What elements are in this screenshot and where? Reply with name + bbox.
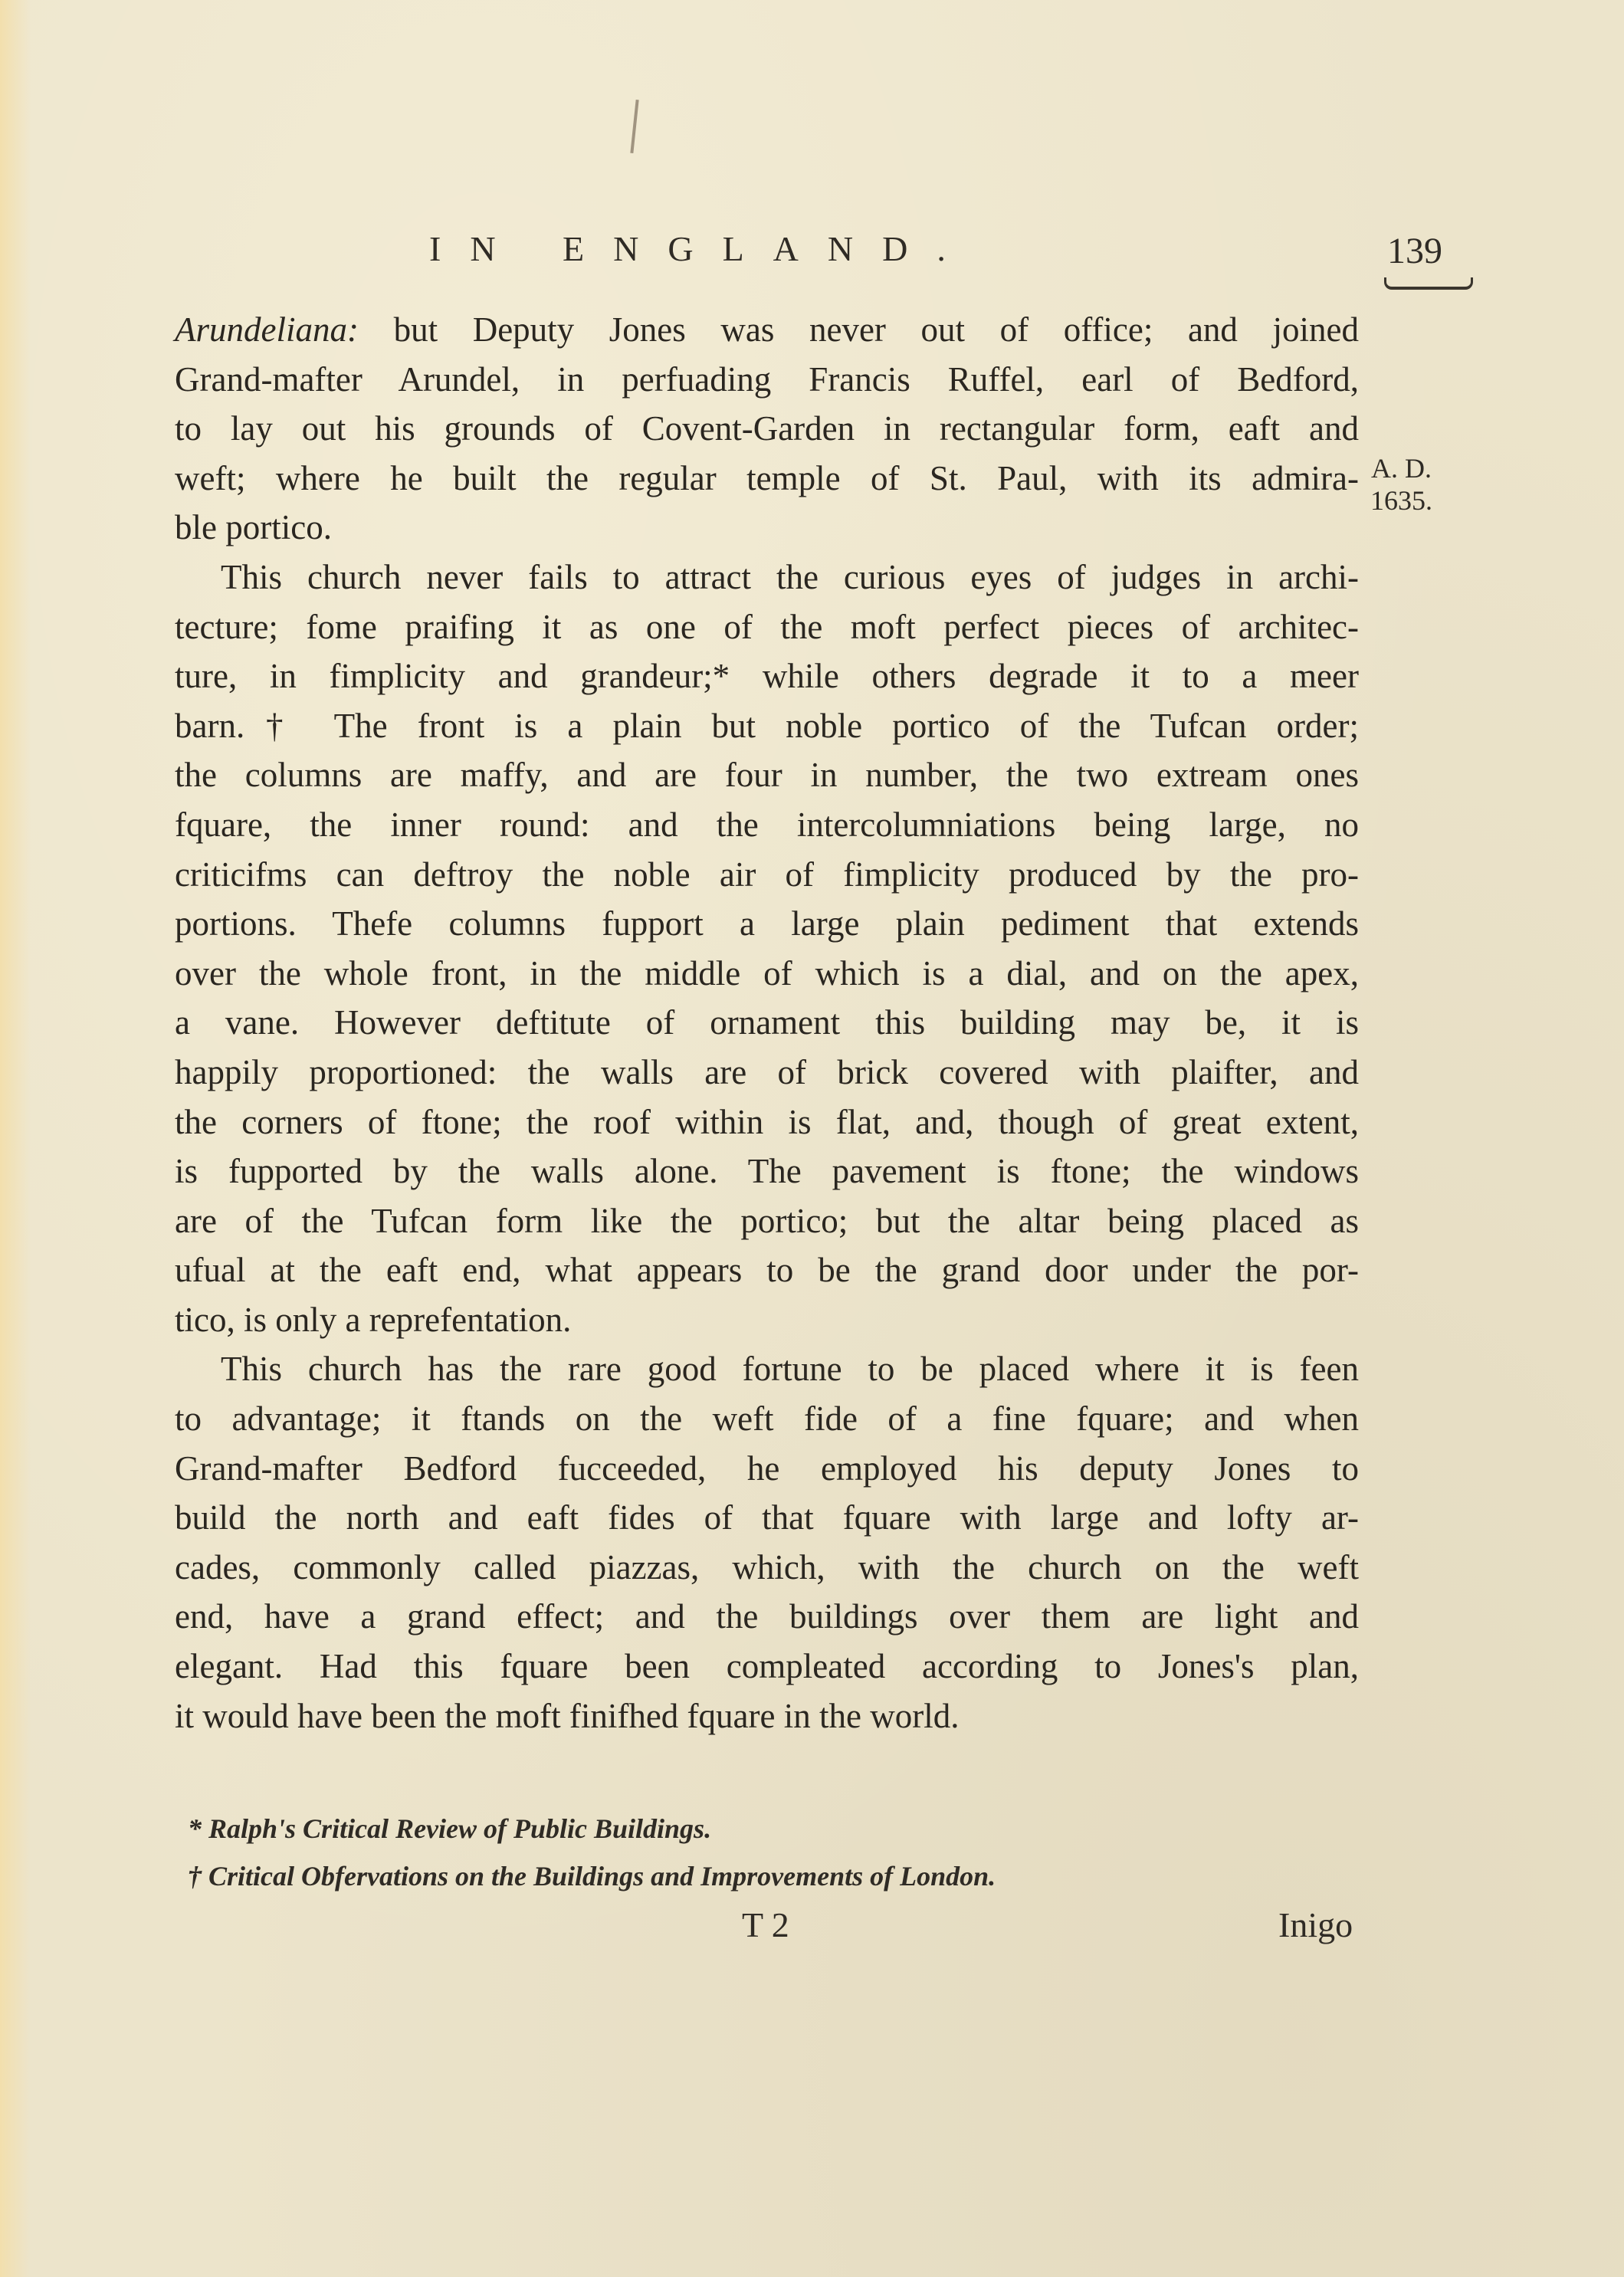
text-line: Arundeliana: but Deputy Jones was never … — [175, 305, 1359, 355]
text-line: it would have been the moft finifhed fqu… — [175, 1691, 1359, 1741]
catchword: Inigo — [1278, 1905, 1353, 1945]
text-line: ble portico. — [175, 503, 1359, 553]
text-line: barn.† The front is a plain but noble po… — [175, 701, 1359, 751]
text-line: cades, commonly called piazzas, which, w… — [175, 1543, 1359, 1593]
text-line: the corners of ftone; the roof within is… — [175, 1097, 1359, 1147]
text-line: tecture; fome praifing it as one of the … — [175, 602, 1359, 652]
text-line: is fupported by the walls alone. The pav… — [175, 1147, 1359, 1196]
running-head: IN ENGLAND. — [429, 228, 975, 269]
text-line: portions. Thefe columns fupport a large … — [175, 899, 1359, 949]
footnote-dagger: † Critical Obfervations on the Buildings… — [188, 1852, 996, 1900]
margin-note-date: A. D. 1635. — [1370, 452, 1432, 517]
text-line: build the north and eaft fides of that f… — [175, 1493, 1359, 1543]
text-line: over the whole front, in the middle of w… — [175, 949, 1359, 999]
text-line: happily proportioned: the walls are of b… — [175, 1048, 1359, 1097]
text-line: the columns are maffy, and are four in n… — [175, 750, 1359, 800]
text-line: This church never fails to attract the c… — [175, 553, 1359, 602]
text-line: Grand-mafter Arundel, in perfuading Fran… — [175, 355, 1359, 405]
text-line: tico, is only a reprefentation. — [175, 1295, 1359, 1345]
text-line: to advantage; it ftands on the weft fide… — [175, 1394, 1359, 1444]
text-line: are of the Tufcan form like the portico;… — [175, 1196, 1359, 1246]
text-line: fquare, the inner round: and the interco… — [175, 800, 1359, 850]
page-number-bracket — [1384, 277, 1473, 290]
footnote-asterisk: * Ralph's Critical Review of Public Buil… — [188, 1805, 996, 1852]
text-line: a vane. However deftitute of ornament th… — [175, 998, 1359, 1048]
margin-note-year: 1635. — [1370, 484, 1432, 517]
body-text: Arundeliana: but Deputy Jones was never … — [175, 305, 1359, 1741]
text-line: ture, in fimplicity and grandeur;* while… — [175, 651, 1359, 701]
page-number: 139 — [1387, 230, 1442, 272]
text-line: criticifms can deftroy the noble air of … — [175, 850, 1359, 900]
text-line: end, have a grand effect; and the buildi… — [175, 1592, 1359, 1642]
italic-word: Arundeliana: — [175, 310, 359, 349]
text-line: Grand-mafter Bedford fucceeded, he emplo… — [175, 1444, 1359, 1494]
margin-note-era: A. D. — [1370, 452, 1432, 484]
text-line: to lay out his grounds of Covent-Garden … — [175, 404, 1359, 454]
text-line: weft; where he built the regular temple … — [175, 454, 1359, 504]
text-line: ufual at the eaft end, what appears to b… — [175, 1245, 1359, 1295]
page-edge-shadow — [0, 0, 31, 2277]
footnotes: * Ralph's Critical Review of Public Buil… — [188, 1805, 996, 1900]
text-line: elegant. Had this fquare been compleated… — [175, 1642, 1359, 1691]
signature-mark: T 2 — [742, 1905, 789, 1945]
text-line: This church has the rare good fortune to… — [175, 1344, 1359, 1394]
